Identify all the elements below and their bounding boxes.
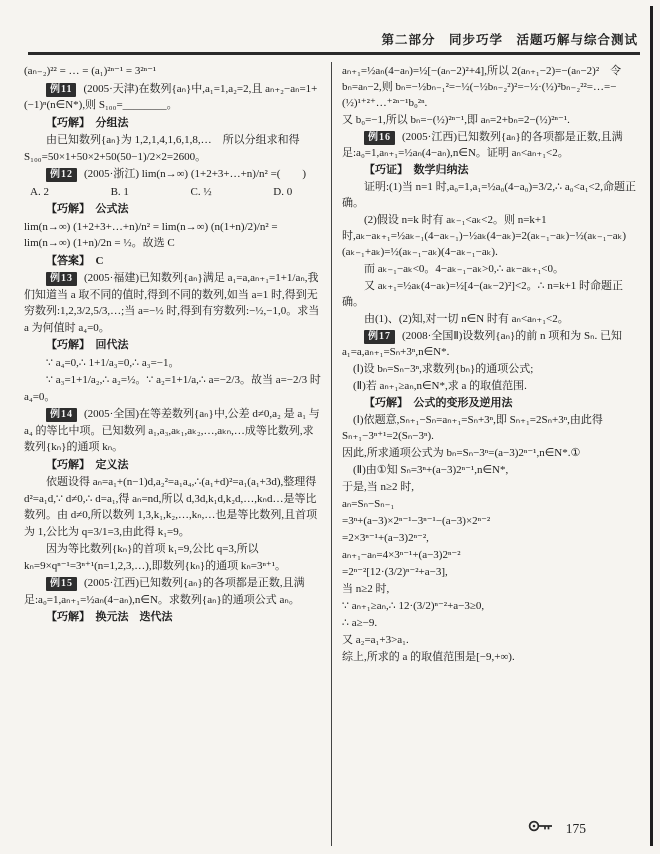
math-line: =3ⁿ+(a−3)×2ⁿ⁻¹−3ⁿ⁻¹−(a−3)×2ⁿ⁻² [342, 513, 644, 529]
solution-text: 依题设得 aₙ=a₁+(n−1)d,a₂²=a₁a₄,∴(a₁+d)²=a₁(a… [24, 474, 322, 540]
solution-text: (Ⅰ)依题意,Sₙ₊₁−Sₙ=aₙ₊₁=Sₙ+3ⁿ,即 Sₙ₊₁=2Sₙ+3ⁿ,… [342, 412, 644, 444]
math-line: =2ⁿ⁻²[12·(3/2)ⁿ⁻²+a−3], [342, 564, 644, 580]
header-rule [28, 52, 640, 55]
page-number: 175 [566, 821, 586, 837]
option-b: B. 1 [111, 184, 129, 201]
option-a: A. 2 [30, 184, 49, 201]
solution-text: ∵ a₄=0,∴ 1+1/a₃=0,∴ a₃=−1。 [24, 355, 322, 372]
page-content: (aₙ₋₂)²² = … = (a₁)²ⁿ⁻¹ = 3²ⁿ⁻¹ 例11(2005… [24, 62, 644, 846]
solution-text: ∴ a≥−9. [342, 615, 644, 631]
proof-text: 又 aₖ₊₁=½aₖ(4−aₖ)=½[4−(aₖ−2)²]<2。∴ n=k+1 … [342, 278, 644, 310]
math-line: =2×3ⁿ⁻¹+(a−3)2ⁿ⁻², [342, 530, 644, 546]
proof-text: (2)假设 n=k 时有 aₖ₋₁<aₖ<2。则 n=k+1 时,aₖ−aₖ₊₁… [342, 212, 644, 260]
option-c: C. ½ [191, 184, 212, 201]
proof-text: 而 aₖ₋₁−aₖ<0。4−aₖ₋₁−aₖ>0,∴ aₖ−aₖ₊₁<0。 [342, 261, 644, 277]
example-tag: 例14 [46, 408, 77, 422]
solution-text: aₙ₊₁=½aₙ(4−aₙ)=½[−(aₙ−2)²+4],所以 2(aₙ₊₁−2… [342, 63, 644, 111]
question-part: (Ⅱ)若 aₙ₊₁≥aₙ,n∈N*,求 a 的取值范围. [342, 378, 644, 394]
solution-text: 又 a₂=a₁+3>a₁. [342, 632, 644, 648]
solution-text: 当 n≥2 时, [342, 581, 644, 597]
method-line: 【巧解】 回代法 [24, 337, 322, 354]
left-column: (aₙ₋₂)²² = … = (a₁)²ⁿ⁻¹ = 3²ⁿ⁻¹ 例11(2005… [24, 62, 332, 846]
method-line: 【巧解】 公式的变形及逆用法 [342, 395, 644, 411]
solution-text: ∵ aₙ₊₁≥aₙ,∴ 12·(3/2)ⁿ⁻²+a−3≥0, [342, 598, 644, 614]
scan-edge-line [650, 6, 653, 846]
solution-text: 于是,当 n≥2 时, [342, 479, 644, 495]
example-paragraph: 例13(2005·福建)已知数列{aₙ}满足 a₁=a,aₙ₊₁=1+1/aₙ,… [24, 270, 322, 336]
example-tag: 例12 [46, 168, 77, 182]
example-paragraph: 例17(2008·全国Ⅱ)设数列{aₙ}的前 n 项和为 Sₙ. 已知 a₁=a… [342, 328, 644, 360]
answer-line: 【答案】 C [24, 253, 322, 270]
solution-text: 因为等比数列{kₙ}的首项 k₁=9,公比 q=3,所以 kₙ=9×qⁿ⁻¹=3… [24, 541, 322, 574]
math-line: aₙ₊₁−aₙ=4×3ⁿ⁻¹+(a−3)2ⁿ⁻² [342, 547, 644, 563]
example-tag: 例11 [46, 83, 76, 97]
proof-text: 由(1)、(2)知,对一切 n∈N 时有 aₙ<aₙ₊₁<2。 [342, 311, 644, 327]
math-line: (aₙ₋₂)²² = … = (a₁)²ⁿ⁻¹ = 3²ⁿ⁻¹ [24, 63, 322, 80]
solution-text: 由已知数列{aₙ}为 1,2,1,4,1,6,1,8,… 所以分组求和得 S₁₀… [24, 132, 322, 165]
example-paragraph: 例12(2005·浙江) lim(n→∞) (1+2+3+…+n)/n² =( … [24, 166, 322, 183]
option-d: D. 0 [273, 184, 292, 201]
solution-text: (Ⅱ)由①知 Sₙ=3ⁿ+(a−3)2ⁿ⁻¹,n∈N*, [342, 462, 644, 478]
example-tag: 例17 [364, 330, 395, 344]
key-icon [528, 819, 554, 838]
solution-text: lim(n→∞) (1+2+3+…+n)/n² = lim(n→∞) (n(1+… [24, 219, 322, 252]
method-line: 【巧证】 数学归纳法 [342, 162, 644, 178]
example-tag: 例16 [364, 131, 395, 145]
right-column: aₙ₊₁=½aₙ(4−aₙ)=½[−(aₙ−2)²+4],所以 2(aₙ₊₁−2… [332, 62, 644, 846]
question-part: (Ⅰ)设 bₙ=Sₙ−3ⁿ,求数列{bₙ}的通项公式; [342, 361, 644, 377]
math-line: aₙ=Sₙ−Sₙ₋₁ [342, 496, 644, 512]
example-paragraph: 例15(2005·江西)已知数列{aₙ}的各项都是正数,且满足:a₀=1,aₙ₊… [24, 575, 322, 608]
method-line: 【巧解】 定义法 [24, 457, 322, 474]
method-line: 【巧解】 换元法 迭代法 [24, 609, 322, 626]
page-header-title: 第二部分 同步巧学 活题巧解与综合测试 [30, 30, 638, 48]
method-line: 【巧解】 公式法 [24, 201, 322, 218]
scanned-textbook-page: 第二部分 同步巧学 活题巧解与综合测试 (aₙ₋₂)²² = … = (a₁)²… [0, 0, 660, 854]
page-footer: 175 [528, 819, 586, 838]
solution-text: ∵ a₃=1+1/a₂,∴ a₂=½。∵ a₂=1+1/a,∴ a=−2/3。故… [24, 372, 322, 405]
options-row: A. 2 B. 1 C. ½ D. 0 [24, 184, 292, 201]
example-tag: 例15 [46, 577, 77, 591]
conclusion-text: 综上,所求的 a 的取值范围是[−9,+∞). [342, 649, 644, 665]
example-text: (2005·浙江) lim(n→∞) (1+2+3+…+n)/n² =( ) [84, 168, 306, 180]
solution-text: 因此,所求通项公式为 bₙ=Sₙ−3ⁿ=(a−3)2ⁿ⁻¹,n∈N*.① [342, 445, 644, 461]
solution-text: 又 b₀=−1,所以 bₙ=−(½)²ⁿ⁻¹,即 aₙ=2+bₙ=2−(½)²ⁿ… [342, 112, 644, 128]
proof-text: 证明:(1)当 n=1 时,a₀=1,a₁=½a₀(4−a₀)=3/2,∴ a₀… [342, 179, 644, 211]
example-tag: 例13 [46, 272, 77, 286]
example-paragraph: 例11(2005·天津)在数列{aₙ}中,a₁=1,a₂=2,且 aₙ₊₂−aₙ… [24, 81, 322, 114]
example-paragraph: 例16(2005·江西)已知数列{aₙ}的各项都是正数,且满足:a₀=1,aₙ₊… [342, 129, 644, 161]
method-line: 【巧解】 分组法 [24, 115, 322, 132]
example-paragraph: 例14(2005·全国)在等差数列{aₙ}中,公差 d≠0,a₂ 是 a₁ 与 … [24, 406, 322, 456]
